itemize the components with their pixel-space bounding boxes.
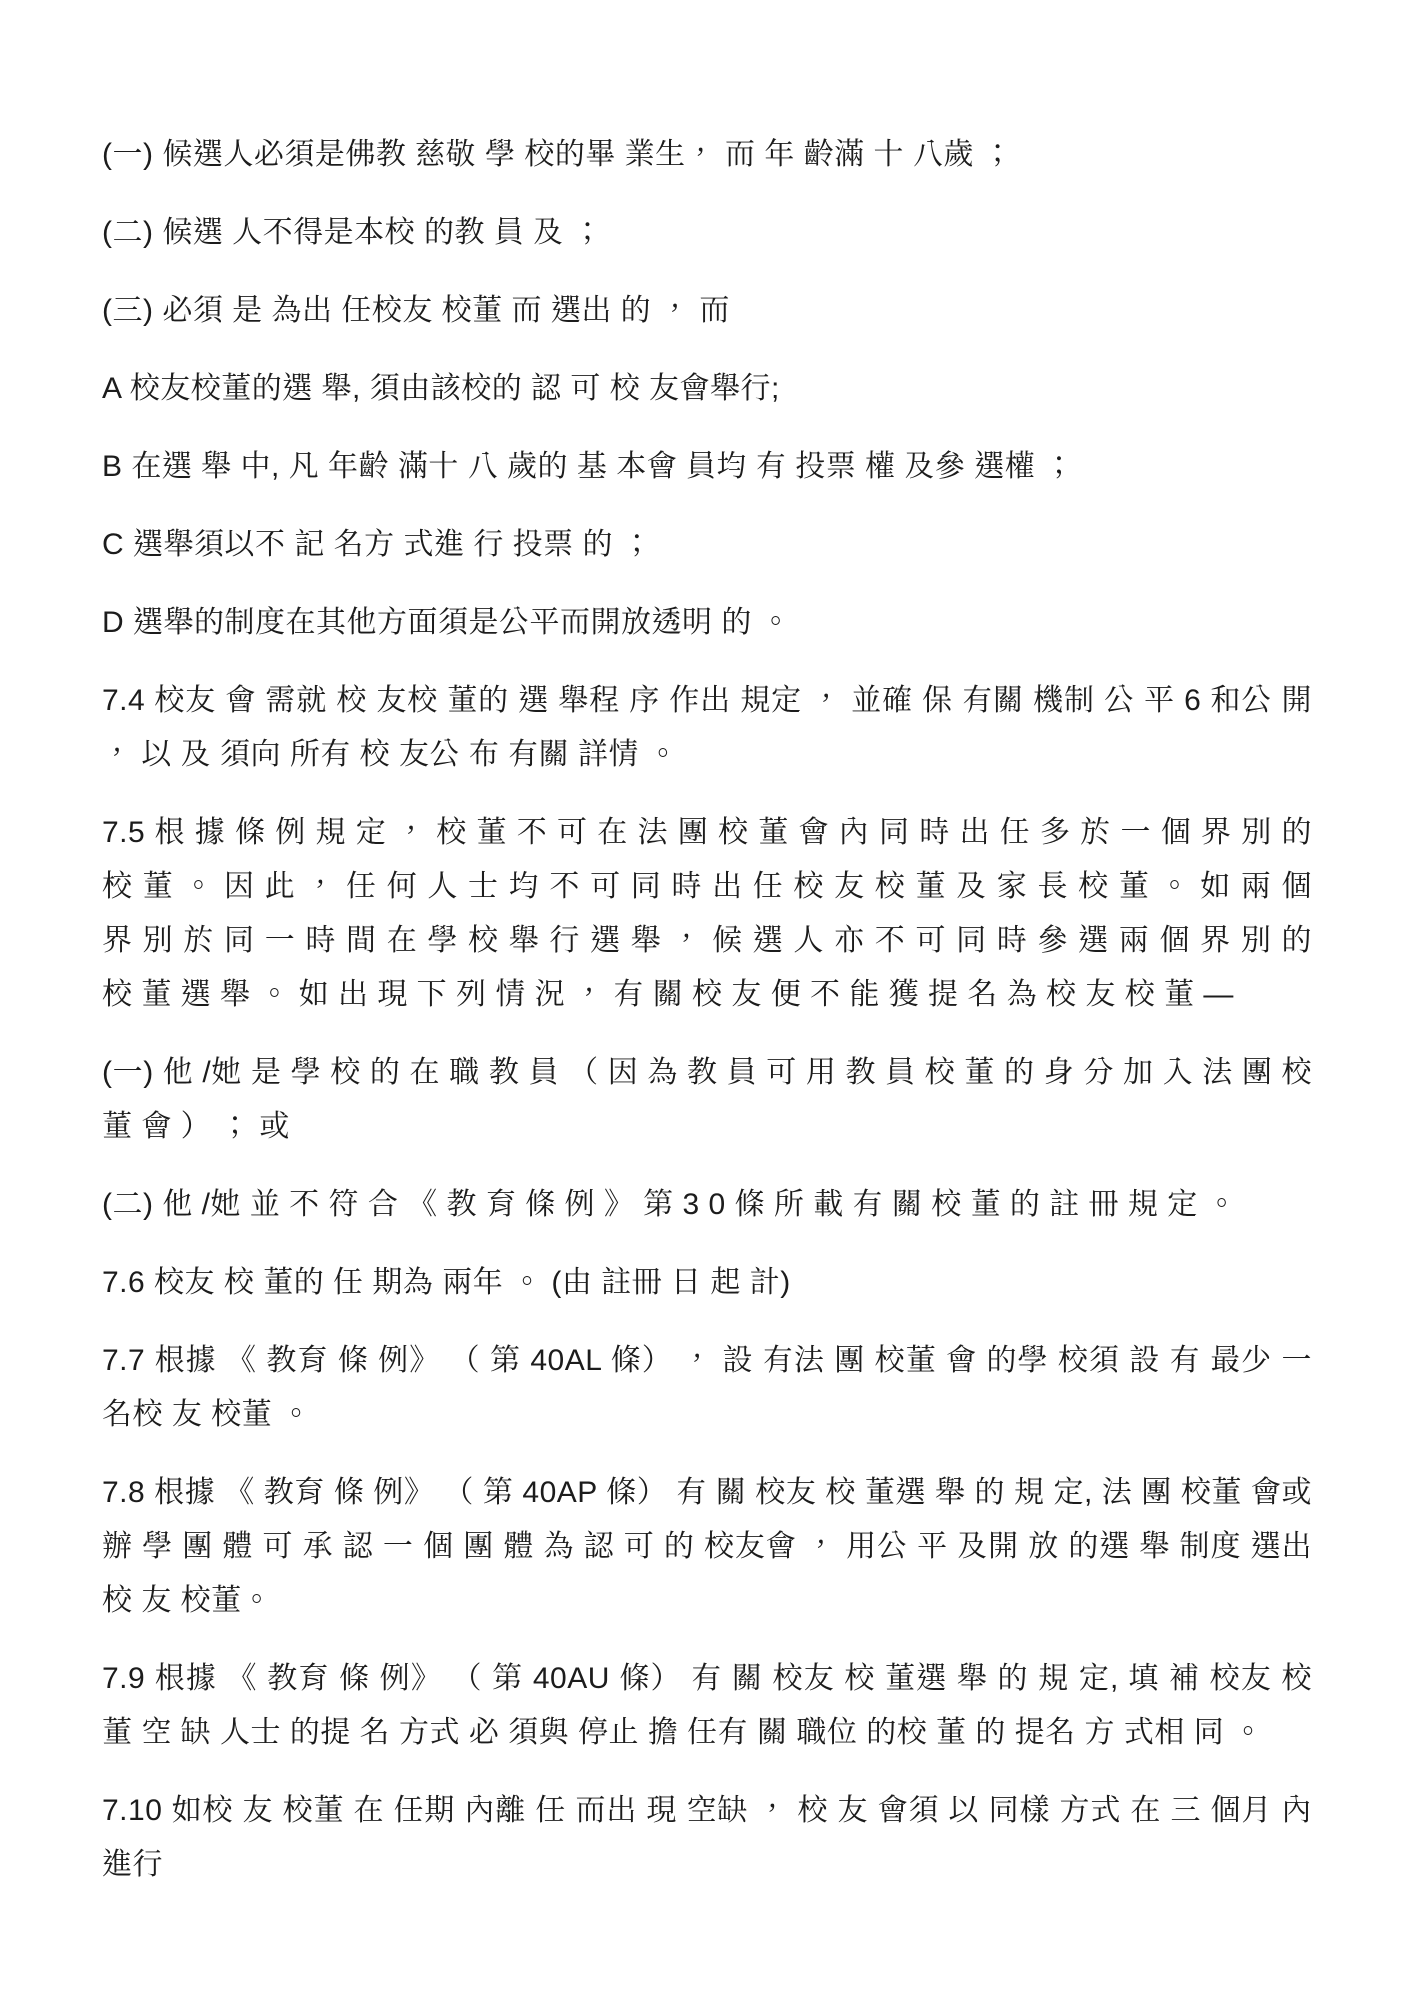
clause-7-5: 7.5 根 據 條 例 規 定 ， 校 董 不 可 在 法 團 校 董 會 內 … — [102, 806, 1312, 1022]
list-item-rule-b: B 在選 舉 中, 凡 年齡 滿十 八 歲的 基 本會 員均 有 投票 權 及參… — [102, 440, 1312, 494]
clause-7-4: 7.4 校友 會 需就 校 友校 董的 選 舉程 序 作出 規定 ， 並確 保 … — [102, 674, 1312, 782]
clause-7-7: 7.7 根據 《 教育 條 例》 （ 第 40AL 條） ， 設 有法 團 校董… — [102, 1334, 1312, 1442]
clause-7-5-item-1: (一) 他 /她 是 學 校 的 在 職 教 員 （ 因 為 教 員 可 用 教… — [102, 1046, 1312, 1154]
list-item-rule-d: D 選舉的制度在其他方面須是公平而開放透明 的 。 — [102, 596, 1312, 650]
list-item-condition-1: (一) 候選人必須是佛教 慈敬 學 校的畢 業生， 而 年 齡滿 十 八歲 ； — [102, 128, 1312, 182]
document-page: (一) 候選人必須是佛教 慈敬 學 校的畢 業生， 而 年 齡滿 十 八歲 ； … — [0, 0, 1414, 2000]
list-item-condition-2: (二) 候選 人不得是本校 的教 員 及 ； — [102, 206, 1312, 260]
list-item-condition-3: (三) 必須 是 為出 任校友 校董 而 選出 的 ， 而 — [102, 284, 1312, 338]
list-item-rule-c: C 選舉須以不 記 名方 式進 行 投票 的 ； — [102, 518, 1312, 572]
clause-7-8: 7.8 根據 《 教育 條 例》 （ 第 40AP 條） 有 關 校友 校 董選… — [102, 1466, 1312, 1628]
list-item-rule-a: A 校友校董的選 舉, 須由該校的 認 可 校 友會舉行; — [102, 362, 1312, 416]
clause-7-10: 7.10 如校 友 校董 在 任期 內離 任 而出 現 空缺 ， 校 友 會須 … — [102, 1784, 1312, 1892]
clause-7-6: 7.6 校友 校 董的 任 期為 兩年 。 (由 註冊 日 起 計) — [102, 1256, 1312, 1310]
clause-7-5-item-2: (二) 他 /她 並 不 符 合 《 教 育 條 例 》 第 3 0 條 所 載… — [102, 1178, 1312, 1232]
document-body: (一) 候選人必須是佛教 慈敬 學 校的畢 業生， 而 年 齡滿 十 八歲 ； … — [102, 128, 1312, 1892]
clause-7-9: 7.9 根據 《 教育 條 例》 （ 第 40AU 條） 有 關 校友 校 董選… — [102, 1652, 1312, 1760]
